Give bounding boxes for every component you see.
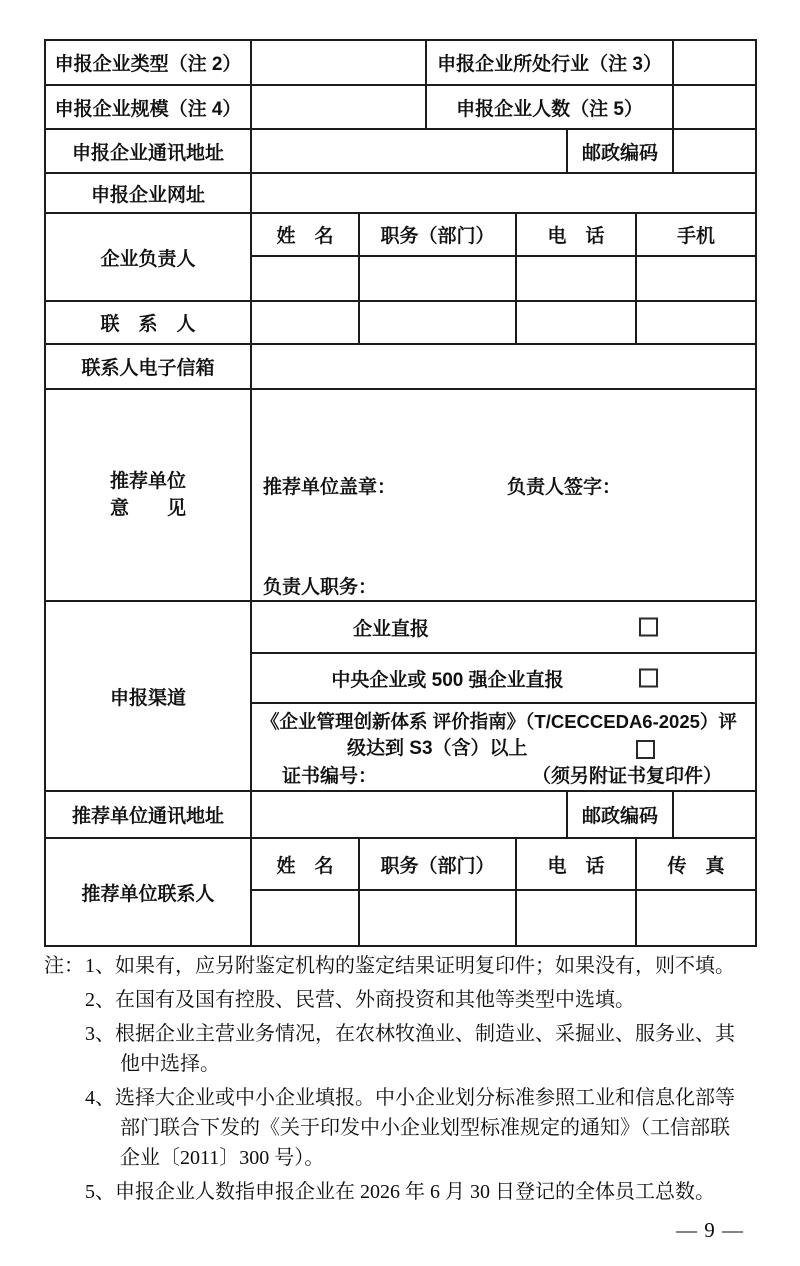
postcode-field-2[interactable]	[673, 791, 756, 838]
row-website: 申报企业网址	[45, 173, 756, 213]
recommender-address-field[interactable]	[251, 791, 567, 838]
channel-option3-cell: 《企业管理创新体系 评价指南》（T/CECCEDA6-2025）评 级达到 S3…	[251, 703, 756, 791]
page-number: — 9 —	[676, 1218, 744, 1243]
footnote-3-line1: 3、根据企业主营业务情况，在农林牧渔业、制造业、采掘业、服务业、其	[85, 1019, 760, 1049]
industry-field[interactable]	[673, 40, 756, 85]
channel-option2-cell: 中央企业或 500 强企业直报	[251, 653, 756, 703]
postcode-label-2: 邮政编码	[567, 791, 673, 838]
row-channel-option1: 申报渠道 企业直报	[45, 601, 756, 653]
footnotes: 注： 1、如果有，应另附鉴定机构的鉴定结果证明复印件；如果没有，则不填。 2、在…	[44, 951, 760, 1211]
postcode-label-1: 邮政编码	[567, 129, 673, 173]
contact-label: 联 系 人	[45, 301, 251, 344]
footnote-4-line2: 部门联合下发的《关于印发中小企业划型标准规定的通知》（工信部联	[120, 1113, 760, 1143]
opinion-area[interactable]: 推荐单位盖章： 负责人签字： 负责人职务：	[251, 389, 756, 601]
header-phone: 电 话	[516, 213, 636, 256]
rec-header-phone: 电 话	[516, 838, 636, 890]
headcount-label: 申报企业人数（注 5）	[426, 85, 673, 129]
row-recommender-address: 推荐单位通讯地址 邮政编码	[45, 791, 756, 838]
footnote-1-line1: 1、如果有，应另附鉴定机构的鉴定结果证明复印件；如果没有，则不填。	[85, 951, 760, 981]
application-form-table: 申报企业类型（注 2） 申报企业所处行业（注 3） 申报企业规模（注 4） 申报…	[44, 39, 757, 947]
header-mobile: 手机	[636, 213, 756, 256]
contact-phone-field[interactable]	[516, 301, 636, 344]
channel-cert-line: 证书编号： （须另附证书复印件）	[252, 764, 755, 790]
row-enterprise-type-industry: 申报企业类型（注 2） 申报企业所处行业（注 3）	[45, 40, 756, 85]
rec-contact-name-field[interactable]	[251, 890, 359, 946]
opinion-label: 推荐单位 意 见	[45, 389, 251, 601]
header-title-dept: 职务（部门）	[359, 213, 516, 256]
leader-title-field[interactable]	[359, 256, 516, 301]
scale-label: 申报企业规模（注 4）	[45, 85, 251, 129]
row-contact-person: 联 系 人	[45, 301, 756, 344]
footnote-5: 5、申报企业人数指申报企业在 2026 年 6 月 30 日登记的全体员工总数。	[85, 1177, 760, 1207]
channel-option1-label: 企业直报	[252, 614, 755, 641]
footnote-1: 1、如果有，应另附鉴定机构的鉴定结果证明复印件；如果没有，则不填。	[85, 951, 760, 981]
footnote-4-line1: 4、选择大企业或中小企业填报。中小企业划分标准参照工业和信息化部等	[85, 1083, 760, 1113]
contact-name-field[interactable]	[251, 301, 359, 344]
channel-option1-checkbox[interactable]	[639, 618, 658, 637]
leader-phone-field[interactable]	[516, 256, 636, 301]
footnote-2-line1: 2、在国有及国有控股、民营、外商投资和其他等类型中选填。	[85, 985, 760, 1015]
row-recommender-contact-header: 推荐单位联系人 姓 名 职务（部门） 电 话 传 真	[45, 838, 756, 890]
channel-option3-line1: 《企业管理创新体系 评价指南》（T/CECCEDA6-2025）评	[252, 704, 755, 735]
rec-contact-phone-field[interactable]	[516, 890, 636, 946]
rec-header-name: 姓 名	[251, 838, 359, 890]
enterprise-type-field[interactable]	[251, 40, 426, 85]
footnote-4-line3: 企业〔2011〕300 号）。	[120, 1143, 760, 1173]
industry-label: 申报企业所处行业（注 3）	[426, 40, 673, 85]
scale-field[interactable]	[251, 85, 426, 129]
headcount-field[interactable]	[673, 85, 756, 129]
website-label: 申报企业网址	[45, 173, 251, 213]
opinion-label-line2: 意 见	[46, 495, 250, 522]
row-scale-headcount: 申报企业规模（注 4） 申报企业人数（注 5）	[45, 85, 756, 129]
rec-contact-fax-field[interactable]	[636, 890, 756, 946]
contact-mobile-field[interactable]	[636, 301, 756, 344]
row-contact-email: 联系人电子信箱	[45, 344, 756, 389]
footnote-prefix: 注：	[44, 951, 84, 981]
channel-option2-checkbox[interactable]	[639, 669, 658, 688]
header-name: 姓 名	[251, 213, 359, 256]
website-field[interactable]	[251, 173, 756, 213]
footnote-4: 4、选择大企业或中小企业填报。中小企业划分标准参照工业和信息化部等 部门联合下发…	[85, 1083, 760, 1173]
leader-mobile-field[interactable]	[636, 256, 756, 301]
footnote-3: 3、根据企业主营业务情况，在农林牧渔业、制造业、采掘业、服务业、其 他中选择。	[85, 1019, 760, 1079]
enterprise-address-field[interactable]	[251, 129, 567, 173]
row-enterprise-address: 申报企业通讯地址 邮政编码	[45, 129, 756, 173]
channel-option3-line2-wrap: 级达到 S3（含）以上	[252, 736, 755, 762]
contact-title-field[interactable]	[359, 301, 516, 344]
channel-cert-label: 证书编号：	[282, 764, 377, 790]
rec-header-fax: 传 真	[636, 838, 756, 890]
footnote-5-line1: 5、申报企业人数指申报企业在 2026 年 6 月 30 日登记的全体员工总数。	[85, 1177, 760, 1207]
channel-option3-checkbox[interactable]	[636, 740, 655, 759]
form-page: 申报企业类型（注 2） 申报企业所处行业（注 3） 申报企业规模（注 4） 申报…	[0, 0, 800, 1266]
footnote-3-line2: 他中选择。	[120, 1049, 760, 1079]
row-leader-header: 企业负责人 姓 名 职务（部门） 电 话 手机	[45, 213, 756, 256]
opinion-label-line1: 推荐单位	[46, 468, 250, 495]
rec-header-title-dept: 职务（部门）	[359, 838, 516, 890]
opinion-duty-label: 负责人职务：	[263, 572, 377, 599]
channel-cert-note: （须另附证书复印件）	[532, 764, 722, 790]
channel-option2-label: 中央企业或 500 强企业直报	[252, 665, 755, 692]
footnote-2: 2、在国有及国有控股、民营、外商投资和其他等类型中选填。	[85, 985, 760, 1015]
recommender-address-label: 推荐单位通讯地址	[45, 791, 251, 838]
postcode-field-1[interactable]	[673, 129, 756, 173]
channel-label: 申报渠道	[45, 601, 251, 791]
row-recommend-opinion: 推荐单位 意 见 推荐单位盖章： 负责人签字： 负责人职务：	[45, 389, 756, 601]
recommender-contact-label: 推荐单位联系人	[45, 838, 251, 946]
contact-email-label: 联系人电子信箱	[45, 344, 251, 389]
opinion-seal-label: 推荐单位盖章：	[263, 472, 396, 499]
opinion-sign-label: 负责人签字：	[507, 472, 621, 499]
leader-name-field[interactable]	[251, 256, 359, 301]
channel-option3-line2: 级达到 S3（含）以上	[347, 738, 528, 759]
contact-email-field[interactable]	[251, 344, 756, 389]
leader-label: 企业负责人	[45, 213, 251, 301]
rec-contact-title-field[interactable]	[359, 890, 516, 946]
enterprise-address-label: 申报企业通讯地址	[45, 129, 251, 173]
channel-option1-cell: 企业直报	[251, 601, 756, 653]
enterprise-type-label: 申报企业类型（注 2）	[45, 40, 251, 85]
